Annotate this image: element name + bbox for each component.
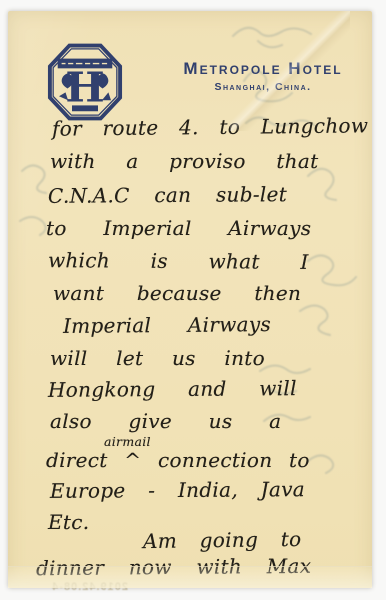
scanned-letter: H Metropole Hotel Shanghai, China. for r… (0, 0, 386, 600)
handwritten-line: Europe - India, Java (50, 477, 305, 503)
handwritten-line: Hongkong and will (48, 376, 297, 402)
handwritten-line: also give us a (50, 409, 281, 433)
handwritten-line: C.N.A.C can sub-let (48, 182, 287, 208)
handwritten-line: to Imperial Airways (46, 216, 311, 240)
handwritten-line: with a proviso that (50, 149, 318, 173)
handwritten-line: direct ^ connection to (46, 448, 310, 472)
handwritten-insertion-airmail: airmail (104, 434, 151, 449)
handwritten-line: want because then (53, 281, 301, 305)
handwritten-line: will let us into (50, 346, 265, 370)
handwritten-line: Am going to (143, 527, 302, 553)
letter-paper: H Metropole Hotel Shanghai, China. for r… (8, 11, 372, 588)
letterhead: Metropole Hotel Shanghai, China. (178, 59, 348, 93)
handwritten-line: Imperial Airways (63, 312, 271, 338)
logo-monogram: H (65, 63, 104, 112)
handwritten-line: Etc. (48, 510, 89, 534)
handwritten-line: for route 4. to Lungchow (52, 113, 368, 140)
hotel-name: Metropole Hotel (178, 59, 348, 79)
metropole-hotel-logo-icon: H (46, 41, 124, 123)
handwritten-line: which is what I (48, 248, 309, 274)
hotel-location: Shanghai, China. (178, 81, 348, 93)
paper-edge-band (8, 566, 372, 588)
